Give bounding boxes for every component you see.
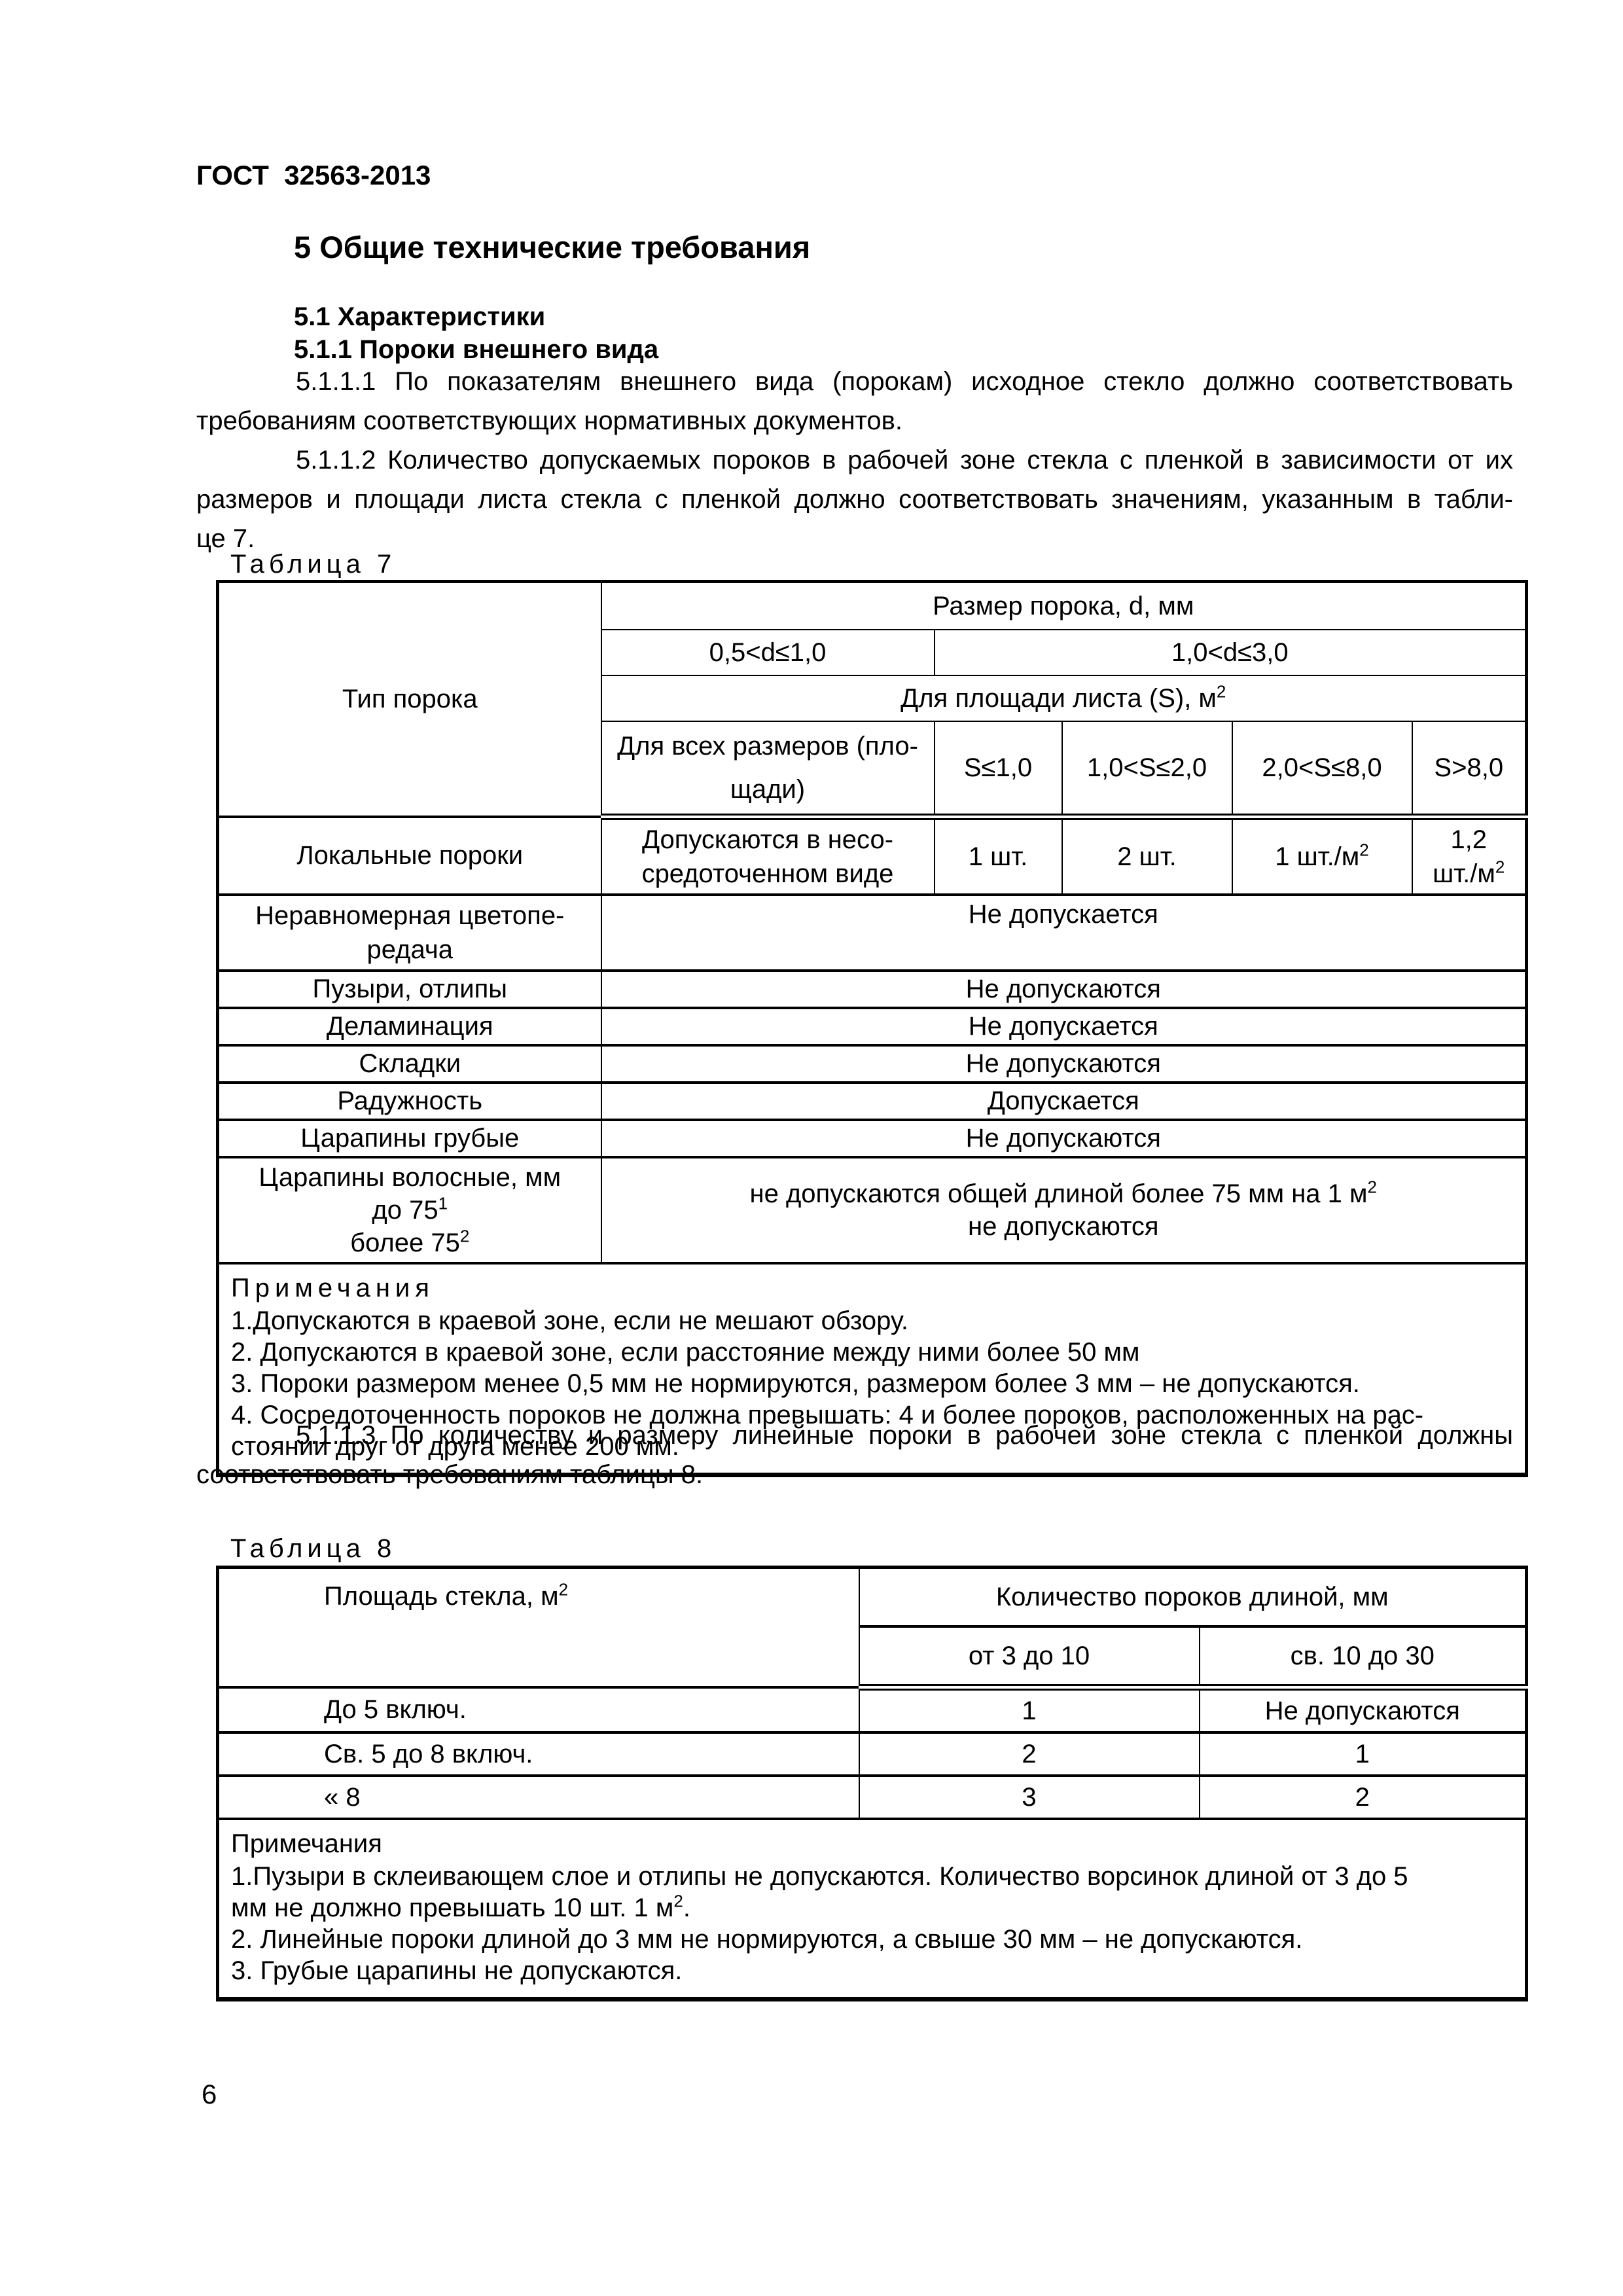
cell-line: редача [224,933,596,967]
note-text: 2. Линейные пороки длиной до 3 мм не нор… [231,1925,1302,1954]
note-line: 3. Пороки размером менее 0,5 мм не норми… [231,1368,1514,1399]
t8-header-count-title: Количество пороков длиной, мм [859,1568,1527,1627]
t7-header-s4: S>8,0 [1412,721,1527,817]
cell-line: не допускаются [607,1210,1520,1243]
cell-line: более 752 [224,1227,596,1259]
t7-header-all-sizes: Для всех размеров (пло- щади) [601,721,935,817]
t7-header-s3: 2,0<S≤8,0 [1232,721,1412,817]
t7-cell-defect-type: Царапины грубые [218,1120,601,1157]
t8-cell-area: До 5 включ. [218,1687,859,1732]
cell-text: 1 шт./м [1275,842,1359,871]
t7-all-sizes-line: щади) [607,768,929,811]
t8-notes-title: Примечания [231,1827,1514,1861]
cell-text: не допускаются общей длиной более 75 мм … [750,1179,1368,1208]
cell-line: Неравномерная цветопе- [224,899,596,933]
cell-text: более 75 [350,1229,460,1257]
t8-cell-count2: Не допускаются [1200,1687,1527,1732]
t7-cell-defect-type: Локальные пороки [218,817,601,895]
table-row: Складки Не допускаются [218,1045,1527,1083]
t7-header-size-title: Размер порока, d, мм [601,582,1527,630]
t7-header-type: Тип порока [218,582,601,817]
note-line: 2. Допускаются в краевой зоне, если расс… [231,1336,1514,1368]
cell-sup: 1 [438,1194,448,1213]
note-text: 1.Допускаются в краевой зоне, если не ме… [231,1306,908,1335]
table-row: Неравномерная цветопе- редача Не допуска… [218,895,1527,971]
paragraph-line: соответствовать требованиям таблицы 8. [196,1455,1513,1494]
document-page: ГОСТ 32563-2013 5 Общие технические треб… [0,0,1623,2296]
paragraph-line: 5.1.1.1 По показателям внешнего вида (по… [196,362,1513,401]
t7-cell-value: Не допускаются [601,971,1527,1008]
t7-cell-value: Допускается [601,1083,1527,1120]
paragraph-line: размеров и площади листа стекла с пленко… [196,480,1513,519]
t7-header-area-title: Для площади листа (S), м2 [601,675,1527,721]
t8-cell-count1: 2 [859,1732,1200,1776]
cell-text: до 75 [372,1196,438,1225]
table-row: Радужность Допускается [218,1083,1527,1120]
heading-5-1-1: 5.1.1 Пороки внешнего вида [294,335,658,365]
t7-cell-value: Не допускаются [601,1045,1527,1083]
table-7: Тип порока Размер порока, d, мм 0,5<d≤1,… [216,580,1528,1477]
t8-cell-area: Св. 5 до 8 включ. [218,1732,859,1776]
t7-header-s2: 1,0<S≤2,0 [1062,721,1232,817]
table-row: « 8 3 2 [218,1776,1527,1819]
t7-header-row-size: Тип порока Размер порока, d, мм [218,582,1527,630]
t8-cell-count2: 2 [1200,1776,1527,1819]
note-text: 3. Грубые царапины не допускаются. [231,1956,682,1985]
table-row: Царапины грубые Не допускаются [218,1120,1527,1157]
note-line: 3. Грубые царапины не допускаются. [231,1955,1514,1986]
cell-line: до 751 [224,1194,596,1227]
t7-notes-title: Примечания [231,1271,1514,1305]
t7-cell-v4: 1,2 шт./м2 [1412,817,1527,895]
t7-header-s1: S≤1,0 [935,721,1062,817]
t7-cell-defect-type: Деламинация [218,1008,601,1045]
cell-line: не допускаются общей длиной более 75 мм … [607,1177,1520,1210]
t7-cell-value: Не допускается [601,1008,1527,1045]
t7-cell-defect-type: Неравномерная цветопе- редача [218,895,601,971]
t7-cell-defect-type: Радужность [218,1083,601,1120]
t8-header-row-1: Площадь стекла, м2 Количество пороков дл… [218,1568,1527,1627]
cell-line: шт./м2 [1418,857,1520,891]
paragraph-line: 5.1.1.2 Количество допускаемых пороков в… [196,440,1513,480]
table-row: Царапины волосные, мм до 751 более 752 н… [218,1157,1527,1263]
cell-line: средоточенном виде [607,857,929,891]
cell-text: шт./м [1433,859,1495,888]
paragraph-5-1-1-2: 5.1.1.2 Количество допускаемых пороков в… [196,440,1513,558]
note-text: мм не должно превышать 10 шт. 1 м [231,1893,673,1922]
t7-header-range-small: 0,5<d≤1,0 [601,630,935,675]
paragraph-5-1-1-3: 5.1.1.3 По количеству и размеру линейные… [196,1416,1513,1494]
table8-label: Таблица 8 [230,1534,396,1564]
t7-cell-defect-type: Царапины волосные, мм до 751 более 752 [218,1157,601,1263]
t7-cell-value: Не допускается [601,895,1527,971]
table-row: Св. 5 до 8 включ. 2 1 [218,1732,1527,1776]
doc-number: ГОСТ 32563-2013 [196,160,431,191]
note-sup: 2 [673,1892,683,1911]
page-number: 6 [202,2079,217,2110]
cell-sup: 2 [1368,1177,1377,1197]
t7-cell-value: Не допускаются [601,1120,1527,1157]
t7-cell-value: не допускаются общей длиной более 75 мм … [601,1157,1527,1263]
cell-line: Допускаются в несо- [607,823,929,857]
t7-cell-v1: 1 шт. [935,817,1062,895]
cell-line: Царапины волосные, мм [224,1161,596,1194]
t8-cell-count2: 1 [1200,1732,1527,1776]
table-row: Локальные пороки Допускаются в несо- сре… [218,817,1527,895]
note-line: 1.Допускаются в краевой зоне, если не ме… [231,1305,1514,1336]
note-text: 3. Пороки размером менее 0,5 мм не норми… [231,1369,1360,1398]
t8-notes-row: Примечания 1.Пузыри в склеивающем слое и… [218,1819,1527,2000]
note-text: . [683,1893,690,1922]
note-line: 1.Пузыри в склеивающем слое и отлипы не … [231,1861,1514,1892]
t8-cell-area: « 8 [218,1776,859,1819]
t8-cell-count1: 1 [859,1687,1200,1732]
t8-cell-count1: 3 [859,1776,1200,1819]
table-8: Площадь стекла, м2 Количество пороков дл… [216,1566,1528,2001]
table-row: Пузыри, отлипы Не допускаются [218,971,1527,1008]
cell-sup: 2 [1359,840,1368,859]
heading-5-1: 5.1 Характеристики [294,302,545,332]
cell-line: 1,2 [1418,823,1520,857]
t7-cell-defect-type: Складки [218,1045,601,1083]
t8-header-area: Площадь стекла, м2 [218,1568,859,1688]
t8-header-range-1: от 3 до 10 [859,1626,1200,1687]
cell-sup: 2 [559,1580,568,1600]
t7-header-range-large: 1,0<d≤3,0 [935,630,1527,675]
table7-label: Таблица 7 [230,550,396,579]
section-heading: 5 Общие технические требования [294,229,810,265]
paragraph-line: требованиям соответствующих нормативных … [196,401,1513,440]
t7-area-title-text: Для площади листа (S), м [901,684,1217,713]
cell-text: Площадь стекла, м [324,1582,559,1611]
cell-sup: 2 [460,1227,469,1246]
t7-cell-v2: 2 шт. [1062,817,1232,895]
note-line: 2. Линейные пороки длиной до 3 мм не нор… [231,1924,1514,1955]
t7-all-sizes-line: Для всех размеров (пло- [607,725,929,768]
table-row: Деламинация Не допускается [218,1008,1527,1045]
t7-cell-defect-type: Пузыри, отлипы [218,971,601,1008]
table-row: До 5 включ. 1 Не допускаются [218,1687,1527,1732]
paragraph-line: 5.1.1.3 По количеству и размеру линейные… [196,1416,1513,1455]
cell-sup: 2 [1495,857,1505,877]
note-text: 1.Пузыри в склеивающем слое и отлипы не … [231,1862,1408,1891]
note-text: 2. Допускаются в краевой зоне, если расс… [231,1338,1140,1367]
paragraph-5-1-1-1: 5.1.1.1 По показателям внешнего вида (по… [196,362,1513,440]
t7-area-title-sup: 2 [1217,681,1226,701]
t8-notes-cell: Примечания 1.Пузыри в склеивающем слое и… [218,1819,1527,2000]
note-line: мм не должно превышать 10 шт. 1 м2. [231,1892,1514,1924]
t8-header-range-2: св. 10 до 30 [1200,1626,1527,1687]
t7-cell-allowed-all: Допускаются в несо- средоточенном виде [601,817,935,895]
t7-cell-v3: 1 шт./м2 [1232,817,1412,895]
